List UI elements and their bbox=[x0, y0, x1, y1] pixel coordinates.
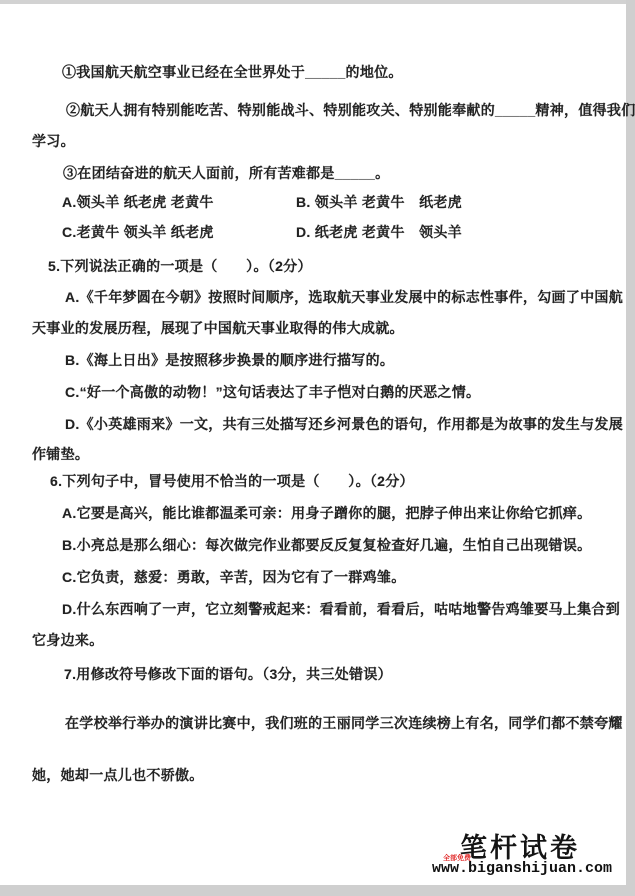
q5-option-d-cont: 作铺垫。 bbox=[32, 444, 89, 464]
q6-option-d: D.什么东西响了一声，它立刻警戒起来：看看前，看看后，咕咕地警告鸡雏要马上集合到 bbox=[62, 599, 620, 619]
q4-item-3: ③在团结奋进的航天人面前，所有苦难都是_____。 bbox=[63, 163, 389, 183]
q4-item-2-cont: 学习。 bbox=[32, 131, 75, 151]
q4-option-c: C.老黄牛 领头羊 纸老虎 bbox=[62, 222, 214, 242]
q4-item-2: ②航天人拥有特别能吃苦、特别能战斗、特别能攻关、特别能奉献的_____精神，值得… bbox=[66, 100, 635, 120]
q7-stem: 7.用修改符号修改下面的语句。（3分，共三处错误） bbox=[64, 664, 392, 684]
q6-option-d-cont: 它身边来。 bbox=[32, 630, 104, 650]
q4-option-b: B. 领头羊 老黄牛 纸老虎 bbox=[296, 192, 462, 212]
watermark-url: www.biganshijuan.com bbox=[432, 860, 612, 877]
q6-option-b: B.小亮总是那么细心：每次做完作业都要反反复复检查好几遍，生怕自己出现错误。 bbox=[62, 535, 591, 555]
scan-edge-top bbox=[0, 0, 635, 4]
q4-option-d: D. 纸老虎 老黄牛 领头羊 bbox=[296, 222, 462, 242]
scan-edge-right bbox=[626, 0, 635, 896]
q7-passage-line-1: 在学校举行举办的演讲比赛中，我们班的王丽同学三次连续榜上有名，同学们都不禁夸耀 bbox=[65, 713, 623, 733]
exam-page: ①我国航天航空事业已经在全世界处于_____的地位。 ②航天人拥有特别能吃苦、特… bbox=[0, 0, 635, 896]
q4-item-1: ①我国航天航空事业已经在全世界处于_____的地位。 bbox=[62, 62, 403, 82]
q4-option-a: A.领头羊 纸老虎 老黄牛 bbox=[62, 192, 214, 212]
q5-stem: 5.下列说法正确的一项是（ ）。（2分） bbox=[48, 256, 312, 276]
q6-stem: 6.下列句子中，冒号使用不恰当的一项是（ ）。（2分） bbox=[50, 471, 414, 491]
q5-option-a-cont: 天事业的发展历程，展现了中国航天事业取得的伟大成就。 bbox=[32, 318, 404, 338]
q5-option-b: B.《海上日出》是按照移步换景的顺序进行描写的。 bbox=[65, 350, 394, 370]
q6-option-a: A.它要是高兴，能比谁都温柔可亲：用身子蹭你的腿，把脖子伸出来让你给它抓痒。 bbox=[62, 503, 591, 523]
scan-edge-bottom bbox=[0, 885, 635, 896]
q5-option-d: D.《小英雄雨来》一文，共有三处描写还乡河景色的语句，作用都是为故事的发生与发展 bbox=[65, 414, 623, 434]
q7-passage-line-2: 她，她却一点儿也不骄傲。 bbox=[32, 765, 204, 785]
q5-option-c: C.“好一个高傲的动物！”这句话表达了丰子恺对白鹅的厌恶之情。 bbox=[65, 382, 480, 402]
q5-option-a: A.《千年梦圆在今朝》按照时间顺序，选取航天事业发展中的标志性事件，勾画了中国航 bbox=[65, 287, 623, 307]
q6-option-c: C.它负责，慈爱：勇敢，辛苦，因为它有了一群鸡雏。 bbox=[62, 567, 406, 587]
